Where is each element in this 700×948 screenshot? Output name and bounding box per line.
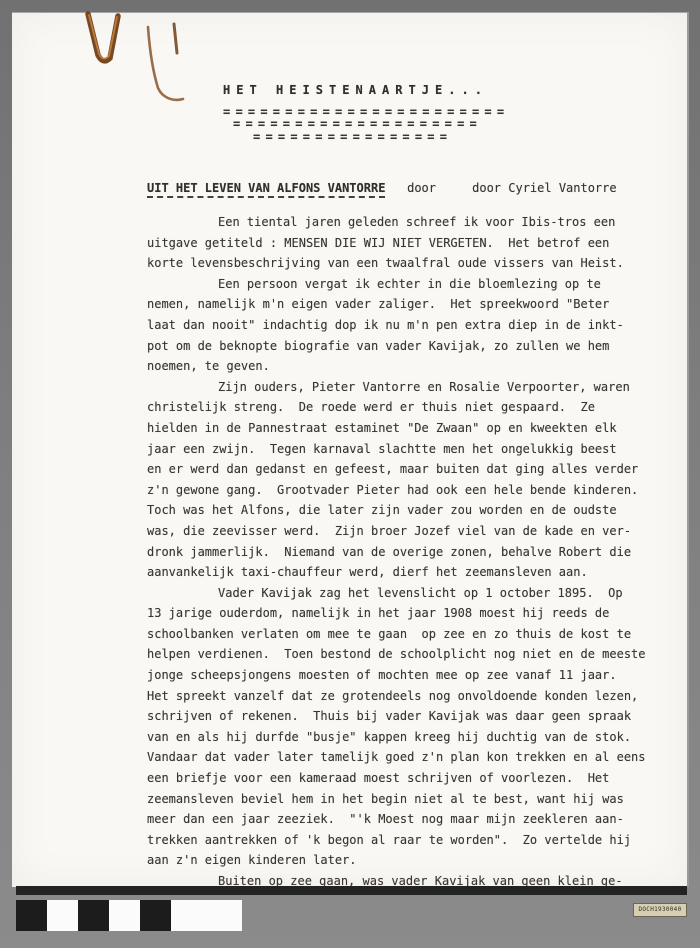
text-line: zeemansleven beviel hem in het begin nie… — [147, 789, 657, 810]
paperclip-icon — [70, 0, 190, 110]
text-line: van en als hij durfde "busje" kappen kre… — [147, 727, 657, 748]
text-line: aanvankelijk taxi-chauffeur werd, dierf … — [147, 562, 657, 583]
calibration-strip — [16, 900, 242, 931]
text-line: korte levensbeschrijving van een twaalfr… — [147, 253, 657, 274]
calibration-cell — [171, 900, 242, 931]
text-line: laat dan nooit" indachtig dop ik nu m'n … — [147, 315, 657, 336]
text-line: schrijven of rekenen. Thuis bij vader Ka… — [147, 706, 657, 727]
text-line: meer dan een jaar zeeziek. "'k Moest nog… — [147, 809, 657, 830]
text-line: Het spreekt vanzelf dat ze grotendeels n… — [147, 686, 657, 707]
text-line: Zijn ouders, Pieter Vantorre en Rosalie … — [147, 377, 657, 398]
text-line: schoolbanken verlaten om mee te gaan op … — [147, 624, 657, 645]
text-line: helpen verdienen. Toen bestond de school… — [147, 644, 657, 665]
text-line: hielden in de Pannestraat estaminet "De … — [147, 418, 657, 439]
text-line: Een persoon vergat ik echter in die bloe… — [147, 274, 657, 295]
text-line: en er werd dan gedanst en gefeest, maar … — [147, 459, 657, 480]
title-underline-rows: = = = = = = = = = = = = = = = = = = = = … — [223, 106, 503, 143]
text-line: Toch was het Alfons, die later zijn vade… — [147, 500, 657, 521]
title-underline: = = = = = = = = = = = = = = = = = = = = — [233, 118, 503, 130]
text-line: Vader Kavijak zag het levenslicht op 1 o… — [147, 583, 657, 604]
title-underline: = = = = = = = = = = = = = = = = — [253, 131, 503, 143]
author-credit: door door Cyriel Vantorre — [385, 181, 616, 195]
body-lines: Een tiental jaren geleden schreef ik voo… — [147, 212, 657, 892]
text-line: z'n gewone gang. Grootvader Pieter had o… — [147, 480, 657, 501]
text-line: noemen, te geven. — [147, 356, 657, 377]
scan-background: H E T H E I S T E N A A R T J E . . . = … — [0, 0, 700, 948]
calibration-cell — [16, 900, 47, 931]
chapter-heading: UIT HET LEVEN VAN ALFONS VANTORRE — [147, 181, 385, 198]
text-line: Een tiental jaren geleden schreef ik voo… — [147, 212, 657, 233]
text-line: jaar een zwijn. Tegen karnaval slachtte … — [147, 439, 657, 460]
inventory-label: DOCH1930040 — [633, 903, 687, 917]
text-line: nemen, namelijk m'n eigen vader zaliger.… — [147, 294, 657, 315]
paper-edge-shadow — [16, 886, 687, 895]
text-line: dronk jammerlijk. Niemand van de overige… — [147, 542, 657, 563]
document-page: H E T H E I S T E N A A R T J E . . . = … — [12, 12, 689, 887]
text-line: Vandaar dat vader later tamelijk goed z'… — [147, 747, 657, 768]
document-title: H E T H E I S T E N A A R T J E . . . — [223, 83, 503, 97]
title-block: H E T H E I S T E N A A R T J E . . . = … — [223, 83, 503, 143]
text-line: aan z'n eigen kinderen later. — [147, 850, 657, 871]
text-line: was, die zeevisser werd. Zijn broer Joze… — [147, 521, 657, 542]
text-line: trekken aantrekken of 'k begon al raar t… — [147, 830, 657, 851]
calibration-cell — [47, 900, 78, 931]
calibration-cell — [140, 900, 171, 931]
text-line: een briefje voor een kameraad moest schr… — [147, 768, 657, 789]
byline: UIT HET LEVEN VAN ALFONS VANTORRE door d… — [147, 181, 617, 195]
text-line: pot om de beknopte biografie van vader K… — [147, 336, 657, 357]
text-line: jonge scheepsjongens moesten of mochten … — [147, 665, 657, 686]
calibration-cell — [109, 900, 140, 931]
text-line: christelijk streng. De roede werd er thu… — [147, 397, 657, 418]
text-line: 13 jarige ouderdom, namelijk in het jaar… — [147, 603, 657, 624]
text-line: uitgave getiteld : MENSEN DIE WIJ NIET V… — [147, 233, 657, 254]
calibration-cell — [78, 900, 109, 931]
